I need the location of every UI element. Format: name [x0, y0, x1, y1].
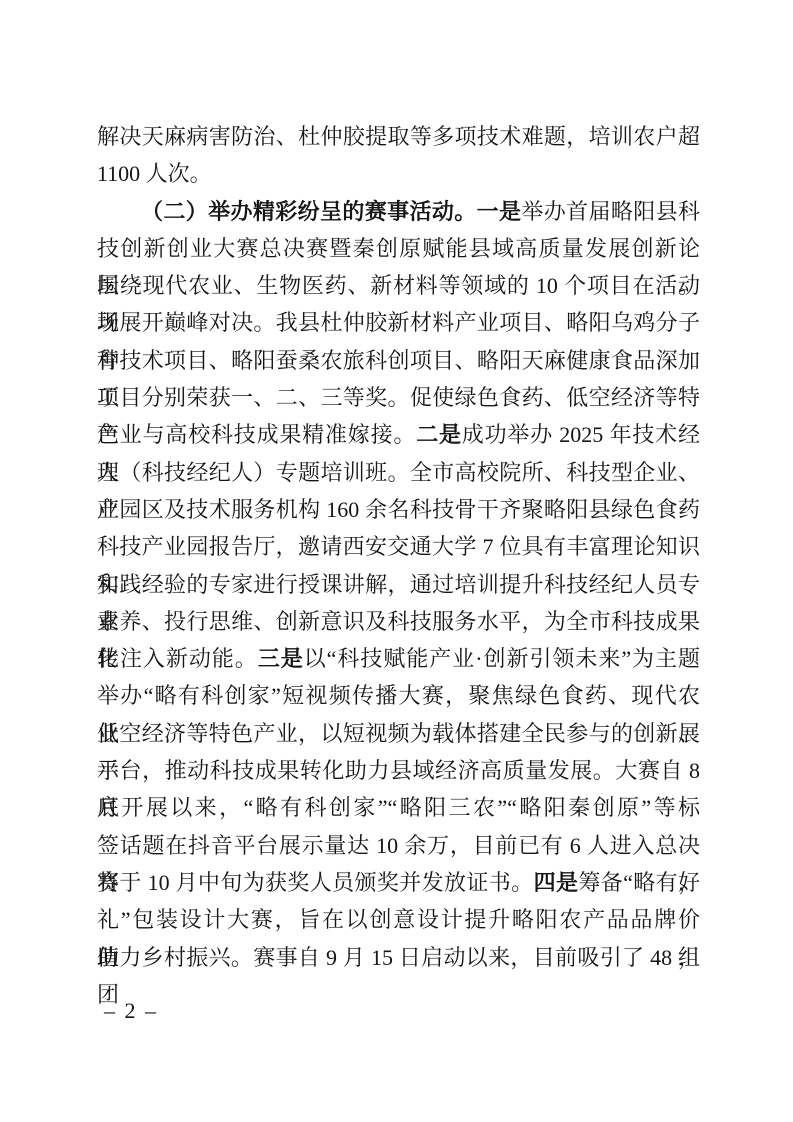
text-line: 科技产业园报告厅，邀请西安交通大学 7 位具有丰富理论知识和 — [97, 528, 700, 565]
text-line: 签话题在抖音平台展示量达 10 余万，目前已有 6 人进入总决赛， — [97, 827, 700, 864]
text-line: 平台，推动科技成果转化助力县域经济高质量发展。大赛自 8 月 — [97, 752, 700, 789]
text-line: （二）举办精彩纷呈的赛事活动。一是举办首届略阳县科 — [97, 193, 700, 230]
text-line: 化注入新动能。三是以“科技赋能产业·创新引领未来”为主题 — [97, 640, 700, 677]
text-line: 解决天麻病害防治、杜仲胶提取等多项技术难题，培训农户超 — [97, 118, 700, 155]
text-segment: 底开展以来，“略有科创家”“略阳三农”“略阳秦创原”等标 — [97, 795, 700, 820]
text-line: 技创新创业大赛总决赛暨秦创原赋能县域高质量发展创新论坛。 — [97, 230, 700, 267]
document-text-block: 解决天麻病害防治、杜仲胶提取等多项技术难题，培训农户超1100 人次。（二）举办… — [97, 118, 700, 976]
page-number: – 2 – — [104, 992, 158, 1029]
text-segment: 产业与高校科技成果精准嫁接。 — [97, 422, 416, 447]
text-line: 实践经验的专家进行授课讲解，通过培训提升科技经纪人员专业 — [97, 566, 700, 603]
text-line: 底开展以来，“略有科创家”“略阳三农”“略阳秦创原”等标 — [97, 789, 700, 826]
text-line: 举办“略有科创家”短视频传播大赛，聚焦绿色食药、现代农业、 — [97, 677, 700, 714]
text-line: 产业与高校科技成果精准嫁接。二是成功举办 2025 年技术经理 — [97, 416, 700, 453]
text-line: 礼”包装设计大赛，旨在以创意设计提升略阳农产品品牌价值， — [97, 901, 700, 938]
text-segment: 举办首届略阳县科 — [521, 199, 700, 224]
text-line: 素养、投行思维、创新意识及科技服务水平，为全市科技成果转 — [97, 603, 700, 640]
bold-text-segment: （二）举办精彩纷呈的赛事活动。 — [141, 199, 477, 224]
text-line: 将于 10 月中旬为获奖人员颁奖并发放证书。四是筹备“略有好 — [97, 864, 700, 901]
text-segment: 业园区及技术服务机构 160 余名科技骨干齐聚略阳县绿色食药 — [97, 497, 700, 522]
text-segment: 解决天麻病害防治、杜仲胶提取等多项技术难题，培训农户超 — [97, 124, 700, 149]
text-segment: 将于 10 月中旬为获奖人员颁奖并发放证书。 — [97, 870, 534, 895]
text-line: 种技术项目、略阳蚕桑农旅科创项目、略阳天麻健康食品深加工 — [97, 342, 700, 379]
text-segment: 1100 人次。 — [97, 161, 212, 186]
text-line: 人（科技经纪人）专题培训班。全市高校院所、科技型企业、产 — [97, 454, 700, 491]
bold-text-segment: 二是 — [416, 422, 462, 447]
text-line: 低空经济等特色产业，以短视频为载体搭建全民参与的创新展示 — [97, 715, 700, 752]
text-line: 场展开巅峰对决。我县杜仲胶新材料产业项目、略阳乌鸡分子育 — [97, 304, 700, 341]
bold-text-segment: 三是 — [258, 646, 304, 671]
bold-text-segment: 一是 — [477, 199, 522, 224]
bold-text-segment: 四是 — [534, 870, 579, 895]
text-segment: 化注入新动能。 — [97, 646, 258, 671]
document-page: 解决天麻病害防治、杜仲胶提取等多项技术难题，培训农户超1100 人次。（二）举办… — [0, 0, 793, 1122]
text-line: 围绕现代农业、生物医药、新材料等领域的 10 个项目在活动现 — [97, 267, 700, 304]
text-line: 助力乡村振兴。赛事自 9 月 15 日启动以来，目前吸引了 48 组团 — [97, 939, 700, 976]
text-line: 业园区及技术服务机构 160 余名科技骨干齐聚略阳县绿色食药 — [97, 491, 700, 528]
text-segment: 助力乡村振兴。赛事自 9 月 15 日启动以来，目前吸引了 48 组团 — [97, 945, 700, 1007]
text-line: 1100 人次。 — [97, 155, 700, 192]
text-segment: 以“科技赋能产业·创新引领未来”为主题 — [304, 646, 700, 671]
text-line: 项目分别荣获一、二、三等奖。促使绿色食药、低空经济等特色 — [97, 379, 700, 416]
text-segment: 筹备“略有好 — [578, 870, 700, 895]
